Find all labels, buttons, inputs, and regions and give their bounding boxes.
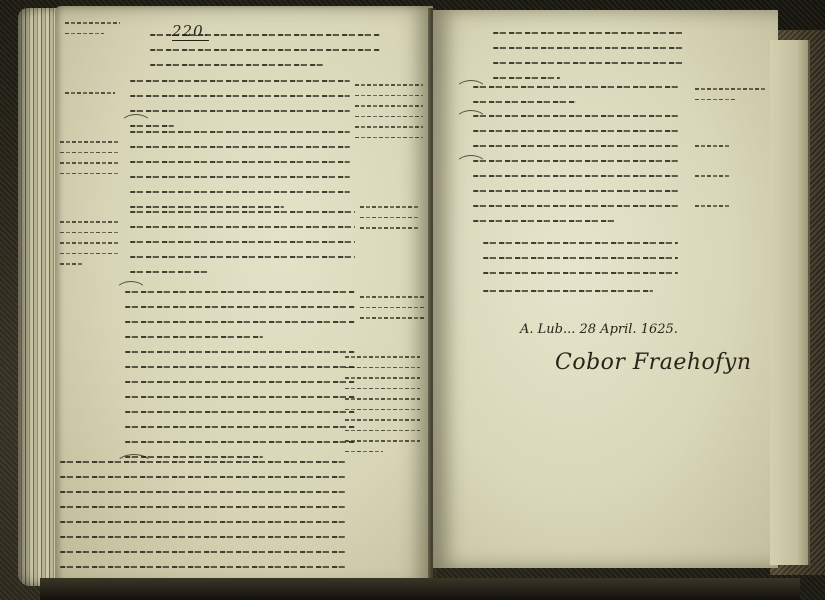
margin-note — [60, 141, 120, 183]
text-block — [483, 242, 678, 287]
text-block — [473, 86, 678, 116]
text-block — [473, 160, 678, 235]
initial-flourish — [455, 110, 487, 132]
initial-flourish — [115, 281, 147, 303]
margin-note — [695, 205, 730, 216]
text-block — [130, 211, 355, 286]
right-page-edge — [770, 40, 810, 565]
text-block — [493, 32, 683, 92]
left-page: 220. — [55, 6, 433, 588]
book-bottom-edge — [40, 578, 800, 600]
date-line: A. Lub... 28 April. 1625. — [520, 322, 678, 337]
text-block — [150, 34, 380, 79]
margin-note — [695, 88, 765, 109]
initial-flourish — [455, 155, 487, 177]
margin-note — [360, 296, 425, 328]
initial-flourish — [120, 114, 152, 136]
text-block — [130, 131, 350, 221]
margin-note — [695, 145, 730, 156]
initial-flourish — [455, 80, 487, 102]
initial-flourish — [115, 454, 153, 478]
text-block — [125, 291, 355, 351]
margin-note — [360, 206, 420, 238]
text-block — [473, 115, 678, 160]
margin-note — [65, 92, 115, 103]
margin-note — [695, 175, 730, 186]
text-block — [125, 351, 355, 471]
margin-note — [65, 22, 120, 43]
manuscript-photo: 220. — [0, 0, 825, 600]
margin-note — [345, 356, 420, 461]
text-block — [483, 290, 653, 305]
margin-note — [60, 221, 120, 274]
margin-note — [355, 84, 423, 147]
signature: Cobor Fraehofyn — [555, 350, 752, 375]
right-page: 221. — [433, 10, 778, 568]
text-block — [60, 461, 345, 596]
